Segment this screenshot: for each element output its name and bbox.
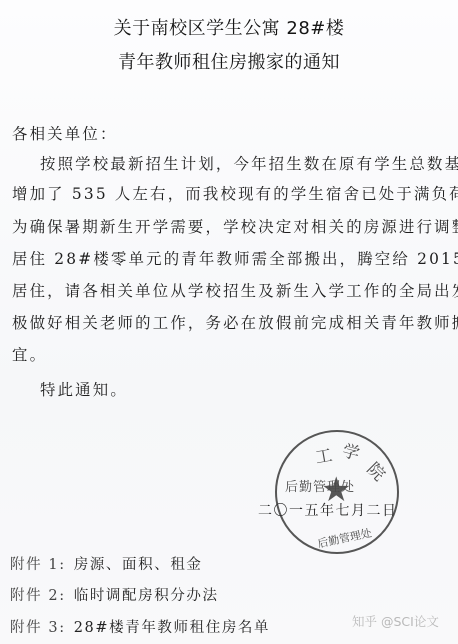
seal-arc-char: 学	[340, 436, 363, 465]
document-page: 关于南校区学生公寓 28#楼 青年教师租住房搬家的通知 各相关单位： 按照学校最…	[0, 0, 458, 644]
seal-center-text: 后勤管理处	[285, 476, 355, 495]
body-line: 为确保暑期新生开学需要，学校决定对相关的房源进行调整，现	[12, 215, 458, 237]
attachment-text: 临时调配房积分办法	[74, 588, 219, 604]
attachment-text: 28#楼青年教师租住房名单	[74, 620, 270, 636]
body-line: 宜。	[12, 343, 47, 365]
body-line: 居住，请各相关单位从学校招生及新生入学工作的全局出发，积	[12, 279, 458, 301]
attachment-item: 附件 3:28#楼青年教师租住房名单	[10, 616, 270, 637]
body-line: 增加了 535 人左右，而我校现有的学生宿舍已处于满负荷状态。	[12, 182, 458, 204]
seal-arc-char: 工	[313, 441, 334, 469]
attachment-label: 附件 1:	[10, 557, 66, 573]
attachment-label: 附件 3:	[10, 620, 66, 636]
body-line: 极做好相关老师的工作，务必在放假前完成相关青年教师搬家事	[12, 311, 458, 333]
watermark: 知乎 @SCI论文	[352, 612, 439, 630]
attachment-text: 房源、面积、租金	[74, 557, 203, 573]
body-line: 按照学校最新招生计划，今年招生数在原有学生总数基础上	[40, 152, 458, 174]
salutation: 各相关单位：	[12, 122, 118, 144]
body-line: 居住 28#楼零单元的青年教师需全部搬出，腾空给 2015 届新生	[12, 247, 458, 269]
attachment-item: 附件 1:房源、面积、租金	[10, 553, 203, 574]
official-seal: 工 学 院 ★ 后勤管理处 后勤管理处	[275, 430, 399, 554]
attachment-item: 附件 2:临时调配房积分办法	[10, 584, 219, 605]
seal-bottom-text: 后勤管理处	[316, 524, 373, 551]
document-title-line-2: 青年教师租住房搬家的通知	[0, 48, 458, 74]
attachment-label: 附件 2:	[10, 588, 66, 604]
closing-line: 特此通知。	[40, 378, 128, 400]
issue-date: 二〇一五年七月二日	[258, 500, 398, 520]
seal-arc-char: 院	[363, 456, 393, 486]
document-title-line-1: 关于南校区学生公寓 28#楼	[0, 14, 458, 40]
